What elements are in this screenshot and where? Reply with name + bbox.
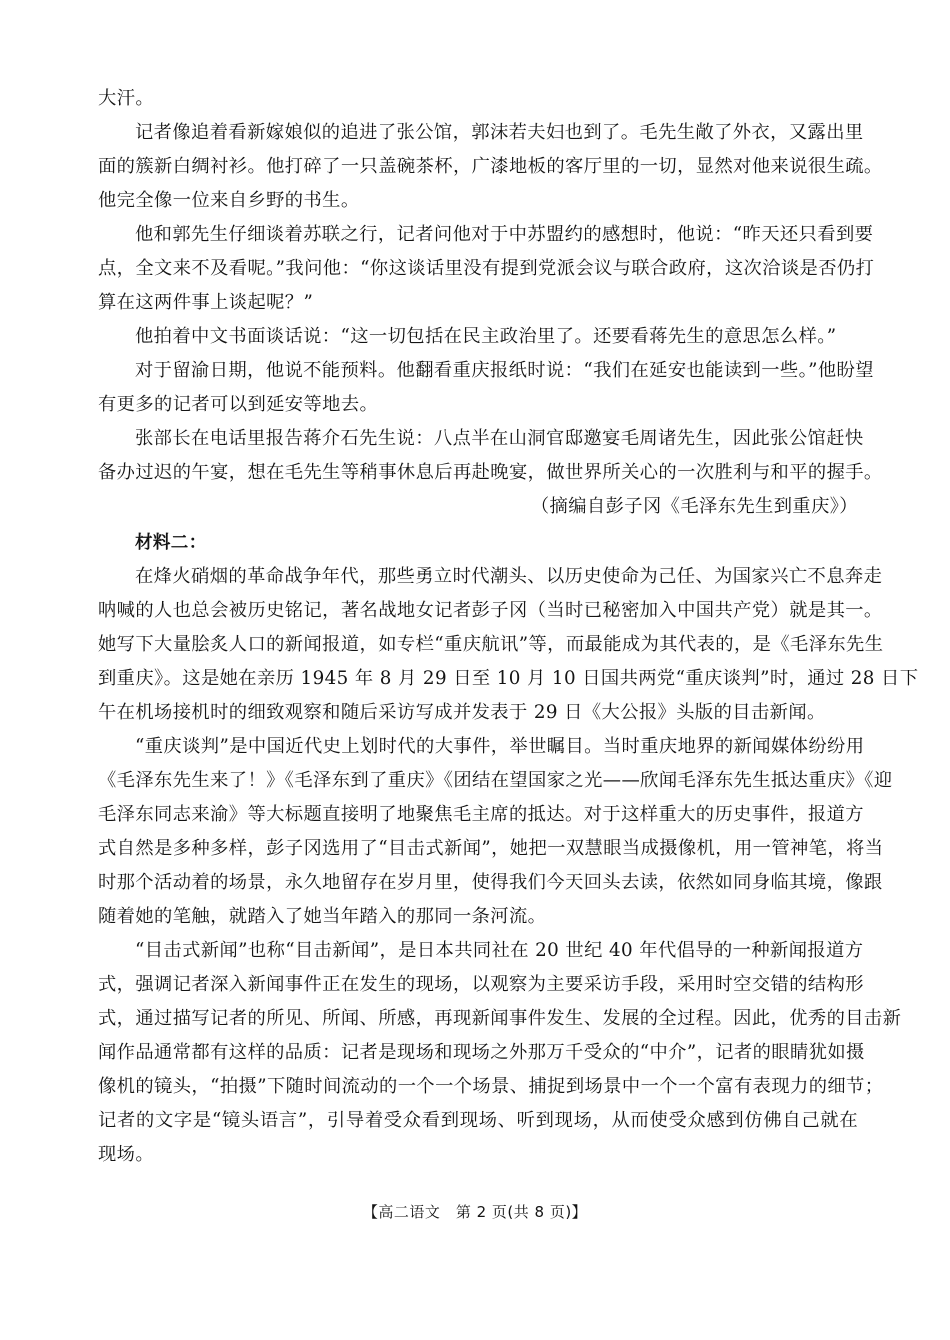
paragraph-line: 他拍着中文书面谈话说：“这一切包括在民主政治里了。还要看蒋先生的意思怎么样。” — [135, 322, 858, 352]
paragraph-line: 备办过迟的午宴，想在毛先生等稍事休息后再赴晚宴，做世界所关心的一次胜利与和平的握… — [98, 458, 858, 488]
paragraph-line: 式，通过描写记者的所见、所闻、所感，再现新闻事件发生、发展的全过程。因此，优秀的… — [98, 1004, 858, 1034]
paragraph-line: 现场。 — [98, 1140, 858, 1170]
paragraph-line: 《毛泽东先生来了！》《毛泽东到了重庆》《团结在望国家之光——欣闻毛泽东先生抵达重… — [98, 766, 858, 796]
material2-heading: 材料二： — [135, 528, 858, 558]
paragraph-line: “重庆谈判”是中国近代史上划时代的大事件，举世瞩目。当时重庆地界的新闻媒体纷纷用 — [135, 732, 858, 762]
exam-page: 大汗。 记者像追着看新嫁娘似的追进了张公馆，郭沫若夫妇也到了。毛先生敞了外衣，又… — [0, 0, 950, 1340]
paragraph-line: 式，强调记者深入新闻事件正在发生的现场，以观察为主要采访手段，采用时空交错的结构… — [98, 970, 858, 1000]
paragraph-line: 记者的文字是“镜头语言”，引导着受众看到现场、听到现场，从而使受众感到仿佛自己就… — [98, 1106, 858, 1136]
paragraph-line: 到重庆》。这是她在亲历 1945 年 8 月 29 日至 10 月 10 日国共… — [98, 664, 858, 694]
material1-source: （摘编自彭子冈《毛泽东先生到重庆》） — [98, 492, 858, 522]
paragraph-line: 算在这两件事上谈起呢？” — [98, 288, 858, 318]
paragraph-line: 午在机场接机时的细致观察和随后采访写成并发表于 29 日《大公报》头版的目击新闻… — [98, 698, 858, 728]
paragraph-line: 随着她的笔触，就踏入了她当年踏入的那同一条河流。 — [98, 902, 858, 932]
paragraph-line: 闻作品通常都有这样的品质：记者是现场和现场之外那万千受众的“中介”，记者的眼睛犹… — [98, 1038, 858, 1068]
paragraph-line: 记者像追着看新嫁娘似的追进了张公馆，郭沫若夫妇也到了。毛先生敞了外衣，又露出里 — [135, 118, 858, 148]
paragraph-line: 她写下大量脍炙人口的新闻报道，如专栏“重庆航讯”等，而最能成为其代表的，是《毛泽… — [98, 630, 858, 660]
paragraph-line: 他和郭先生仔细谈着苏联之行，记者问他对于中苏盟约的感想时，他说：“昨天还只看到要 — [135, 220, 858, 250]
paragraph-line: 面的簇新白绸衬衫。他打碎了一只盖碗茶杯，广漆地板的客厅里的一切，显然对他来说很生… — [98, 152, 858, 182]
paragraph-line: 有更多的记者可以到延安等地去。 — [98, 390, 858, 420]
paragraph-line: 点，全文来不及看呢。”我问他：“你这谈话里没有提到党派会议与联合政府，这次洽谈是… — [98, 254, 858, 284]
paragraph-line: 时那个活动着的场景，永久地留存在岁月里，使得我们今天回头去读，依然如同身临其境，… — [98, 868, 858, 898]
paragraph-line: 呐喊的人也总会被历史铭记，著名战地女记者彭子冈（当时已秘密加入中国共产党）就是其… — [98, 596, 858, 626]
paragraph-line: 像机的镜头，“拍摄”下随时间流动的一个一个场景、捕捉到场景中一个一个富有表现力的… — [98, 1072, 858, 1102]
paragraph-line: 在烽火硝烟的革命战争年代，那些勇立时代潮头、以历史使命为己任、为国家兴亡不息奔走 — [135, 562, 858, 592]
paragraph-line: 式自然是多种多样，彭子冈选用了“目击式新闻”，她把一双慧眼当成摄像机，用一管神笔… — [98, 834, 858, 864]
paragraph-line: 他完全像一位来自乡野的书生。 — [98, 186, 858, 216]
paragraph-line: 大汗。 — [98, 84, 858, 114]
page-footer: 【高二语文 第 2 页(共 8 页)】 — [0, 1200, 950, 1224]
paragraph-line: 毛泽东同志来渝》等大标题直接明了地聚焦毛主席的抵达。对于这样重大的历史事件，报道… — [98, 800, 858, 830]
paragraph-line: 对于留渝日期，他说不能预料。他翻看重庆报纸时说：“我们在延安也能读到一些。”他盼… — [135, 356, 858, 386]
paragraph-line: 张部长在电话里报告蒋介石先生说：八点半在山洞官邸邀宴毛周诸先生，因此张公馆赶快 — [135, 424, 858, 454]
paragraph-line: “目击式新闻”也称“目击新闻”，是日本共同社在 20 世纪 40 年代倡导的一种… — [135, 936, 858, 966]
